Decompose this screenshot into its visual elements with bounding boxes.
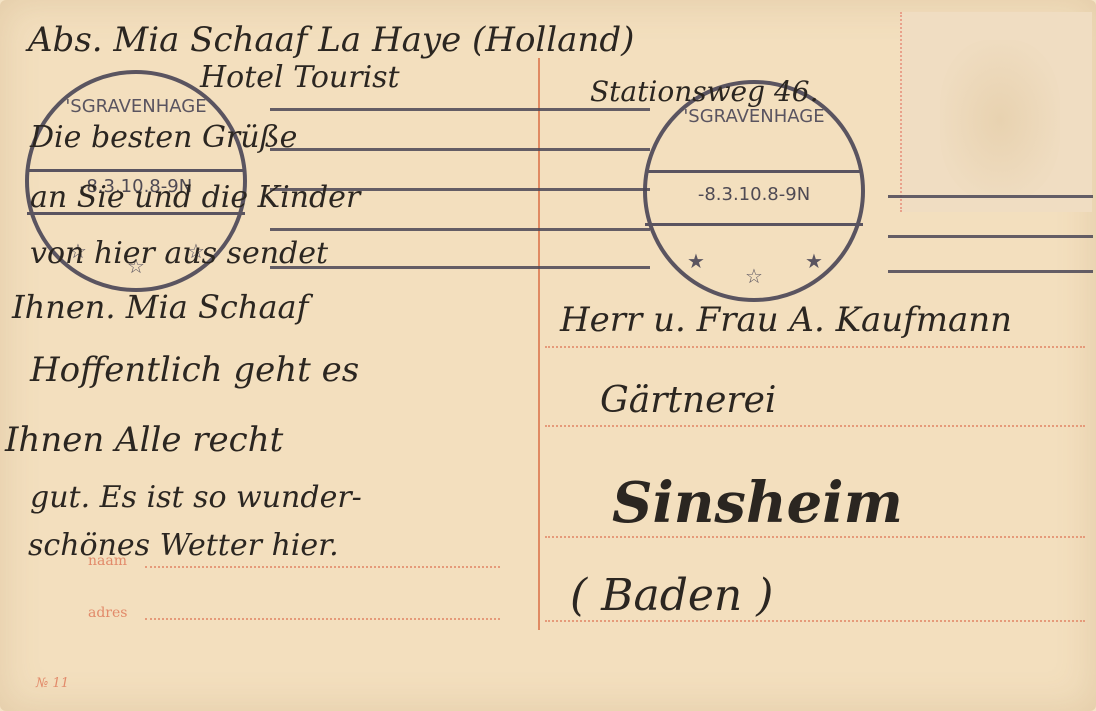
- center-divider: [538, 58, 540, 630]
- message-line: schönes Wetter hier.: [28, 528, 339, 563]
- message-line: gut. Es ist so wunder-: [30, 480, 362, 515]
- cancel-line: [540, 148, 650, 151]
- sender-line: Stationsweg 46.: [590, 75, 818, 108]
- cancel-line: [888, 235, 1093, 238]
- cancel-line: [270, 108, 540, 111]
- cancel-line: [888, 195, 1093, 198]
- postmark-date: -8.3.10.8-9N: [647, 184, 861, 205]
- naam-label: naam: [88, 553, 127, 569]
- postcard-back: 'SGRAVENHAGE -8.3.10.8-9N ☆ ☆ ☆ 'SGRAVEN…: [0, 0, 1096, 711]
- address-dotted-line: [545, 346, 1085, 348]
- cancel-line: [270, 228, 540, 231]
- cancel-line: [540, 266, 650, 269]
- sender-line: Hotel Tourist: [200, 60, 400, 95]
- star-icon: ★: [687, 249, 705, 273]
- cancel-line: [270, 148, 540, 151]
- address-line: Gärtnerei: [600, 380, 776, 421]
- address-line: Sinsheim: [612, 470, 903, 536]
- message-line: Die besten Grüße: [30, 120, 297, 155]
- adres-label: adres: [88, 605, 127, 621]
- cancel-line: [540, 188, 650, 191]
- address-line: ( Baden ): [570, 570, 773, 621]
- message-line: Ihnen. Mia Schaaf: [12, 288, 308, 326]
- message-line: Hoffentlich geht es: [30, 350, 359, 390]
- stamp-remnant: [940, 40, 1060, 200]
- naam-dotted-line: [145, 566, 500, 568]
- cancel-line: [540, 228, 650, 231]
- message-line: an Sie und die Kinder: [30, 180, 360, 215]
- address-dotted-line: [545, 536, 1085, 538]
- sender-line: Abs. Mia Schaaf La Haye (Holland): [28, 20, 634, 60]
- address-dotted-line: [545, 425, 1085, 427]
- card-number: № 11: [36, 676, 69, 691]
- star-icon: ★: [805, 249, 823, 273]
- message-line: Ihnen Alle recht: [5, 420, 283, 460]
- message-line: von hier aus sendet: [30, 236, 328, 271]
- star-icon: ☆: [745, 264, 763, 288]
- address-line: Herr u. Frau A. Kaufmann: [560, 300, 1012, 340]
- cancel-line: [540, 108, 650, 111]
- address-dotted-line: [545, 620, 1085, 622]
- adres-dotted-line: [145, 618, 500, 620]
- postmark-town: 'SGRAVENHAGE: [647, 106, 861, 127]
- cancel-line: [888, 270, 1093, 273]
- postmark-right: 'SGRAVENHAGE -8.3.10.8-9N ★ ☆ ★: [643, 80, 865, 302]
- postmark-town: 'SGRAVENHAGE: [29, 96, 243, 117]
